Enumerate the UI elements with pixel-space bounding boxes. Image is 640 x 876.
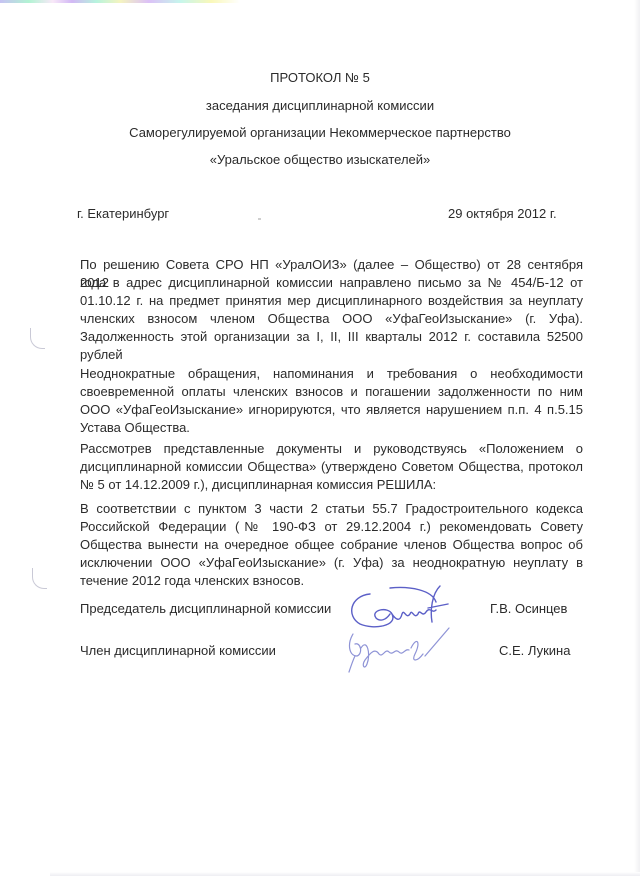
scan-artifact-top — [0, 0, 240, 3]
paragraph-decision: В соответствии с пунктом 3 части 2 стать… — [80, 500, 583, 590]
organization-name: «Уральское общество изыскателей» — [0, 152, 640, 167]
document-title: ПРОТОКОЛ № 5 — [0, 70, 640, 85]
paragraph-line: дисциплинарной комиссии Общества» (утвер… — [80, 458, 583, 476]
signature-name-chair: Г.В. Осинцев — [490, 601, 567, 616]
paragraph-line: Общества вынести на очередное общее собр… — [80, 536, 583, 554]
handwritten-signature-member — [345, 626, 455, 674]
document-place: г. Екатеринбург — [77, 206, 169, 221]
paragraph-consideration: Рассмотрев представленные документы и ру… — [80, 440, 583, 494]
scan-edge-bottom — [50, 872, 640, 876]
paragraph-line: года в адрес дисциплинарной комиссии нап… — [80, 274, 583, 292]
document-subtitle: заседания дисциплинарной комиссии — [0, 98, 640, 113]
paragraph-line: своевременной оплаты членских взносов и … — [80, 383, 583, 401]
scan-speck — [258, 218, 261, 220]
punch-hole-mark — [30, 328, 45, 349]
signature-role-member: Член дисциплинарной комиссии — [80, 643, 276, 658]
paragraph-line: Задолженность этой организации за I, II,… — [80, 328, 583, 346]
signature-role-chair: Председатель дисциплинарной комиссии — [80, 601, 331, 616]
paragraph-line: Устава Общества. — [80, 419, 583, 437]
paragraph-line: По решению Совета СРО НП «УралОИЗ» (дале… — [80, 256, 583, 274]
paragraph-line: № 5 от 14.12.2009 г.), дисциплинарная ко… — [80, 476, 583, 494]
paragraph-violation: Неоднократные обращения, напоминания и т… — [80, 365, 583, 437]
paragraph-line: членских взносом членом Общества ООО «Уф… — [80, 310, 583, 328]
signature-name-member: С.Е. Лукина — [499, 643, 570, 658]
paragraph-line: Российской Федерации (№ 190-ФЗ от 29.12.… — [80, 518, 583, 536]
paragraph-line: ООО «УфаГеоИзыскание» игнорируются, что … — [80, 401, 583, 419]
paragraph-line: исключении ООО «УфаГеоИзыскание» (г. Уфа… — [80, 554, 583, 572]
paragraph-line: Неоднократные обращения, напоминания и т… — [80, 365, 583, 383]
document-date: 29 октября 2012 г. — [448, 206, 557, 221]
paragraph-line: Рассмотрев представленные документы и ру… — [80, 440, 583, 458]
paragraph-line: течение 2012 года членских взносов. — [80, 572, 583, 590]
paragraph-line: 01.10.12 г. на предмет принятия мер дисц… — [80, 292, 583, 310]
organization-type: Саморегулируемой организации Некоммерчес… — [0, 125, 640, 140]
paragraph-background: По решению Совета СРО НП «УралОИЗ» (дале… — [80, 256, 583, 364]
paragraph-line: рублей — [80, 346, 583, 364]
paragraph-line: В соответствии с пунктом 3 части 2 стать… — [80, 500, 583, 518]
punch-hole-mark — [32, 568, 47, 589]
